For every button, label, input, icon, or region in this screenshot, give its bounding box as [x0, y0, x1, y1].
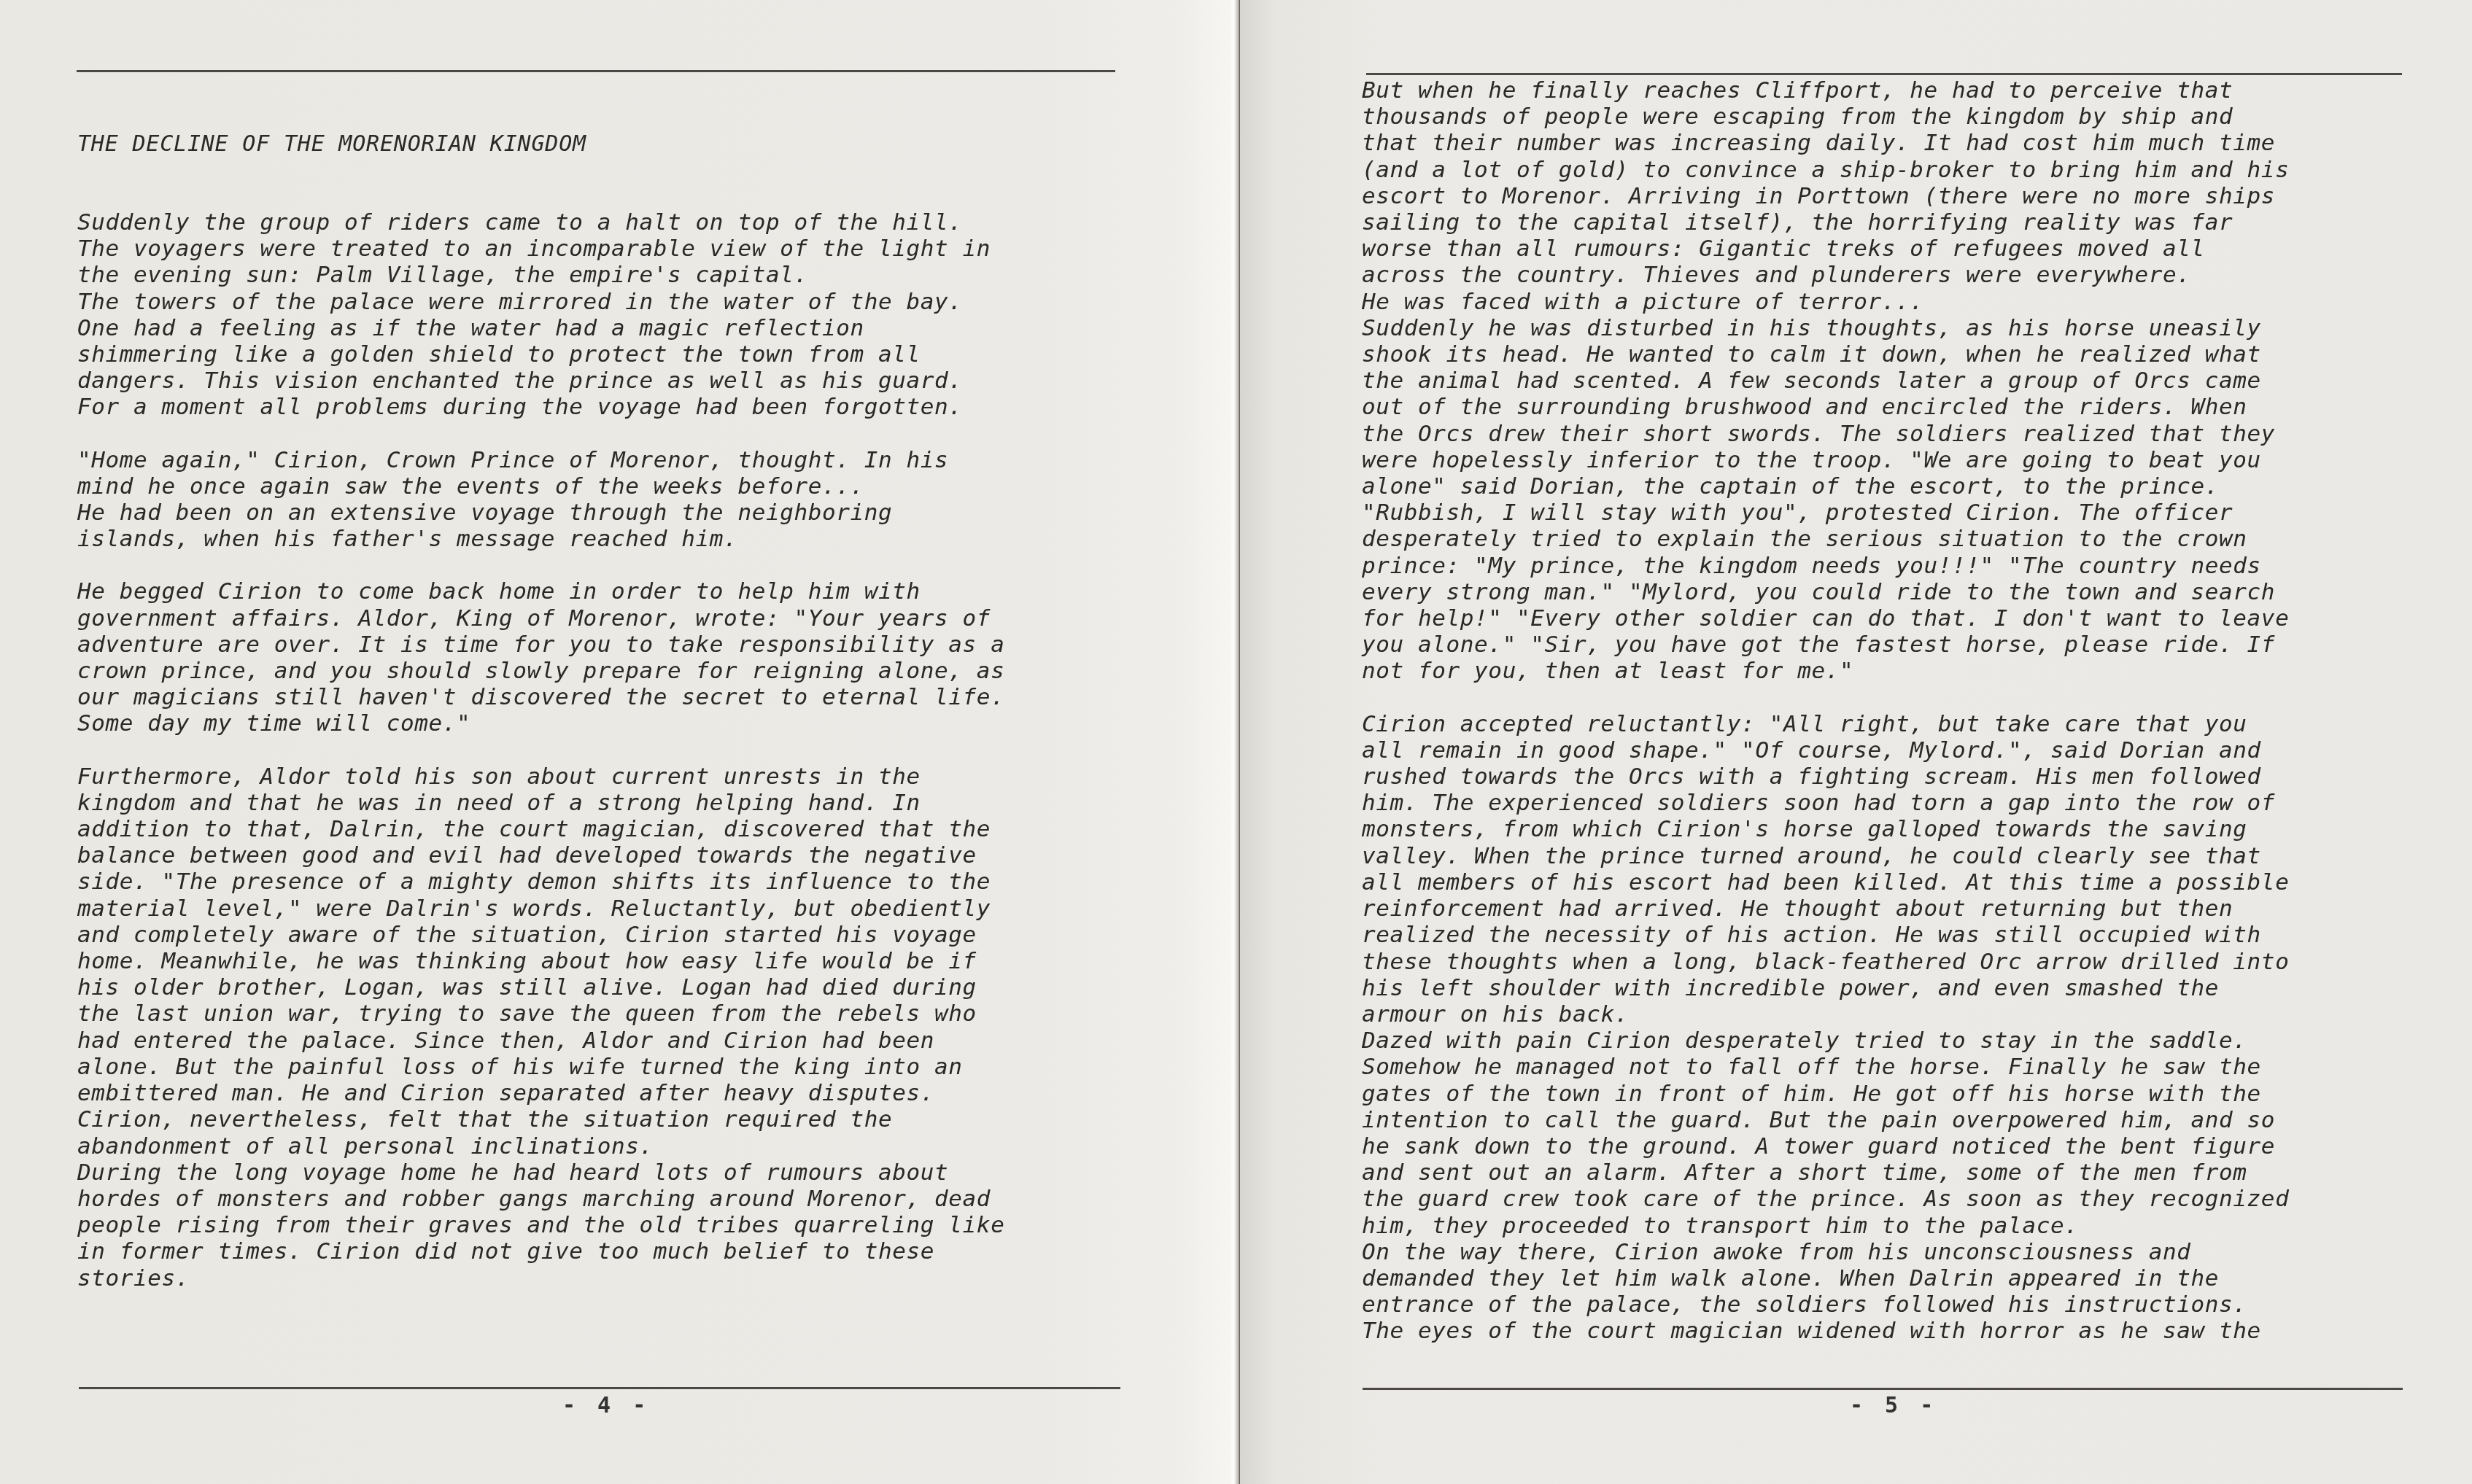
text-line: sailing to the capital itself), the horr… [1362, 209, 2289, 236]
text-line: shook its head. He wanted to calm it dow… [1362, 341, 2289, 368]
text-line: desperately tried to explain the serious… [1362, 526, 2289, 552]
text-line: had entered the palace. Since then, Aldo… [77, 1027, 1004, 1054]
text-line: Cirion, nevertheless, felt that the situ… [77, 1106, 1004, 1133]
text-line: these thoughts when a long, black-feathe… [1362, 949, 2289, 975]
text-line: the Orcs drew their short swords. The so… [1362, 421, 2289, 447]
text-line: dangers. This vision enchanted the princ… [77, 368, 1004, 394]
text-line: The towers of the palace were mirrored i… [77, 289, 1004, 315]
text-line: material level," were Dalrin's words. Re… [77, 896, 1004, 922]
paragraph: "Home again," Cirion, Crown Prince of Mo… [77, 447, 1004, 553]
bottom-rule [1363, 1388, 2403, 1390]
text-line: "Home again," Cirion, Crown Prince of Mo… [77, 447, 1004, 473]
text-line: out of the surrounding brushwood and enc… [1362, 394, 2289, 420]
text-line: him, they proceeded to transport him to … [1362, 1213, 2289, 1239]
text-line: in former times. Cirion did not give too… [77, 1238, 1004, 1264]
text-line: his older brother, Logan, was still aliv… [77, 974, 1004, 1001]
paragraph: But when he finally reaches Cliffport, h… [1362, 77, 2289, 685]
text-line: adventure are over. It is time for you t… [77, 632, 1004, 658]
text-line: the animal had scented. A few seconds la… [1362, 368, 2289, 394]
text-line: thousands of people were escaping from t… [1362, 104, 2289, 130]
text-line: On the way there, Cirion awoke from his … [1362, 1239, 2289, 1265]
text-line: addition to that, Dalrin, the court magi… [77, 816, 1004, 842]
paragraph: Furthermore, Aldor told his son about cu… [77, 764, 1004, 1291]
text-line: crown prince, and you should slowly prep… [77, 658, 1004, 684]
paragraph: Suddenly the group of riders came to a h… [77, 209, 1004, 421]
text-line: Furthermore, Aldor told his son about cu… [77, 764, 1004, 790]
text-line: mind he once again saw the events of the… [77, 473, 1004, 500]
text-line: shimmering like a golden shield to prote… [77, 341, 1004, 368]
text-line: him. The experienced soldiers soon had t… [1362, 790, 2289, 816]
text-line: Suddenly the group of riders came to a h… [77, 209, 1004, 236]
text-line: government affairs. Aldor, King of Moren… [77, 605, 1004, 632]
text-line: for help!" "Every other soldier can do t… [1362, 605, 2289, 632]
page-number: - 5 - [1850, 1393, 1937, 1418]
right-page-body: But when he finally reaches Cliffport, h… [1362, 77, 2289, 1345]
text-line: armour on his back. [1362, 1001, 2289, 1027]
text-line: intention to call the guard. But the pai… [1362, 1107, 2289, 1133]
bottom-rule [79, 1387, 1120, 1389]
text-line: (and a lot of gold) to convince a ship-b… [1362, 157, 2289, 183]
text-line: his left shoulder with incredible power,… [1362, 975, 2289, 1001]
top-rule [77, 70, 1115, 72]
top-rule [1366, 73, 2402, 75]
text-line: alone. But the painful loss of his wife … [77, 1054, 1004, 1080]
text-line: rushed towards the Orcs with a fighting … [1362, 764, 2289, 790]
text-line: Dazed with pain Cirion desperately tried… [1362, 1027, 2289, 1054]
text-line: every strong man." "Mylord, you could ri… [1362, 579, 2289, 605]
text-line: Some day my time will come." [77, 710, 1004, 737]
text-line: across the country. Thieves and plundere… [1362, 262, 2289, 288]
text-line: reinforcement had arrived. He thought ab… [1362, 896, 2289, 922]
right-page: But when he finally reaches Cliffport, h… [1240, 0, 2472, 1484]
text-line: demanded they let him walk alone. When D… [1362, 1265, 2289, 1291]
text-line: all members of his escort had been kille… [1362, 869, 2289, 896]
text-line: abandonment of all personal inclinations… [77, 1133, 1004, 1159]
text-line: One had a feeling as if the water had a … [77, 315, 1004, 341]
text-line: alone" said Dorian, the captain of the e… [1362, 473, 2289, 500]
text-line: Suddenly he was disturbed in his thought… [1362, 315, 2289, 341]
text-line: He was faced with a picture of terror... [1362, 289, 2289, 315]
text-line: realized the necessity of his action. He… [1362, 922, 2289, 948]
text-line: kingdom and that he was in need of a str… [77, 790, 1004, 816]
text-line: hordes of monsters and robber gangs marc… [77, 1186, 1004, 1212]
text-line: were hopelessly inferior to the troop. "… [1362, 447, 2289, 473]
text-line: balance between good and evil had develo… [77, 842, 1004, 869]
page-number: - 4 - [562, 1393, 650, 1418]
text-line: people rising from their graves and the … [77, 1212, 1004, 1238]
text-line: not for you, then at least for me." [1362, 658, 2289, 684]
text-line: The voyagers were treated to an incompar… [77, 236, 1004, 262]
text-line: For a moment all problems during the voy… [77, 394, 1004, 420]
paragraph: Cirion accepted reluctantly: "All right,… [1362, 711, 2289, 1345]
text-line: Cirion accepted reluctantly: "All right,… [1362, 711, 2289, 737]
paragraph: He begged Cirion to come back home in or… [77, 578, 1004, 737]
text-line: The eyes of the court magician widened w… [1362, 1318, 2289, 1344]
text-line: our magicians still haven't discovered t… [77, 684, 1004, 710]
text-line: side. "The presence of a mighty demon sh… [77, 869, 1004, 895]
chapter-title: THE DECLINE OF THE MORENORIAN KINGDOM [77, 131, 586, 157]
text-line: "Rubbish, I will stay with you", protest… [1362, 500, 2289, 526]
text-line: that their number was increasing daily. … [1362, 130, 2289, 156]
text-line: islands, when his father's message reach… [77, 526, 1004, 552]
left-page: THE DECLINE OF THE MORENORIAN KINGDOM Su… [0, 0, 1230, 1484]
text-line: During the long voyage home he had heard… [77, 1159, 1004, 1186]
text-line: all remain in good shape." "Of course, M… [1362, 737, 2289, 764]
text-line: escort to Morenor. Arriving in Porttown … [1362, 183, 2289, 209]
text-line: the last union war, trying to save the q… [77, 1001, 1004, 1027]
text-line: and completely aware of the situation, C… [77, 922, 1004, 948]
text-line: He had been on an extensive voyage throu… [77, 500, 1004, 526]
text-line: But when he finally reaches Cliffport, h… [1362, 77, 2289, 104]
book-gutter [1230, 0, 1240, 1484]
text-line: he sank down to the ground. A tower guar… [1362, 1133, 2289, 1159]
text-line: He begged Cirion to come back home in or… [77, 578, 1004, 605]
text-line: and sent out an alarm. After a short tim… [1362, 1159, 2289, 1186]
text-line: prince: "My prince, the kingdom needs yo… [1362, 553, 2289, 579]
text-line: embittered man. He and Cirion separated … [77, 1080, 1004, 1106]
text-line: entrance of the palace, the soldiers fol… [1362, 1291, 2289, 1318]
text-line: worse than all rumours: Gigantic treks o… [1362, 236, 2289, 262]
text-line: you alone." "Sir, you have got the faste… [1362, 632, 2289, 658]
text-line: home. Meanwhile, he was thinking about h… [77, 948, 1004, 974]
text-line: Somehow he managed not to fall off the h… [1362, 1054, 2289, 1080]
text-line: the guard crew took care of the prince. … [1362, 1186, 2289, 1212]
text-line: valley. When the prince turned around, h… [1362, 843, 2289, 869]
left-page-body: Suddenly the group of riders came to a h… [77, 209, 1004, 1291]
text-line: monsters, from which Cirion's horse gall… [1362, 816, 2289, 842]
text-line: stories. [77, 1265, 1004, 1291]
text-line: the evening sun: Palm Village, the empir… [77, 262, 1004, 288]
text-line: gates of the town in front of him. He go… [1362, 1081, 2289, 1107]
